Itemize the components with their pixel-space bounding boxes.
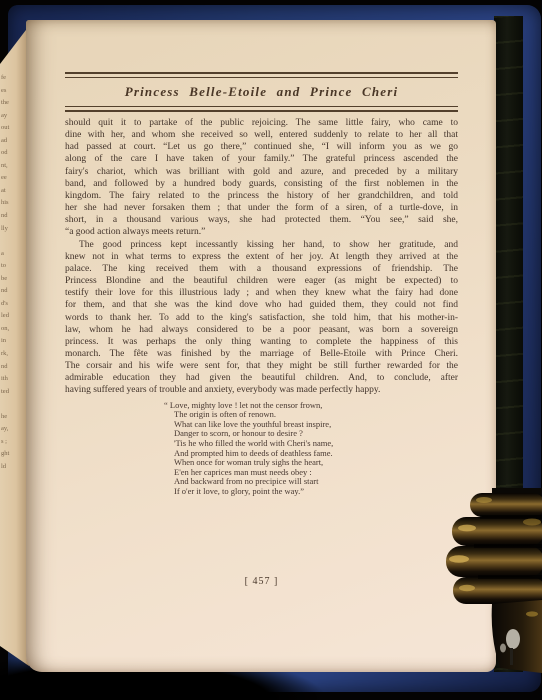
text-line: monarch. The fête was finished by the ma…	[65, 348, 458, 360]
previous-page-text-fragments: fe es the ay out ad od nt, ee at his nd …	[1, 72, 15, 592]
text-line: “a good action always meets return.”	[65, 226, 458, 238]
book-photograph: { "meta": { "description": "Photograph o…	[0, 0, 542, 700]
text-line: dine with her, and whom she received so …	[65, 129, 458, 141]
text-line: The good princess kept incessantly kissi…	[65, 239, 458, 251]
text-line: band, and followed by a hundred body gua…	[65, 178, 458, 190]
brass-hand-clip-icon	[440, 488, 542, 700]
text-line: having suffered years of trouble and anx…	[65, 384, 458, 396]
text-line: her she had never forsaken them ; that u…	[65, 202, 458, 214]
text-line: words to thank her. To add to the king's…	[65, 312, 458, 324]
text-line: for them, and that she was the kind dove…	[65, 299, 458, 311]
page-number: [ 457 ]	[65, 576, 458, 587]
text-line: admirable education they had given the b…	[65, 372, 458, 384]
text-line: testify their love for this illustrious …	[65, 287, 458, 299]
text-line: law, whom he had always considered to be…	[65, 324, 458, 336]
text-line: The corsair and his wife were sent for, …	[65, 360, 458, 372]
text-line: had passed at court. “Let us go there,” …	[65, 141, 458, 153]
text-line: knew not in what terms to express the ex…	[65, 251, 458, 263]
body-text: should quit it to partake of the public …	[65, 117, 458, 397]
paragraph-1: should quit it to partake of the public …	[65, 117, 458, 239]
header-rule-top	[65, 72, 458, 78]
text-line: kingdom. The fairy related to the prince…	[65, 190, 458, 202]
poem-line: If o'er it love, to glory, point the way…	[174, 487, 458, 497]
book-page: Princess Belle-Etoile and Prince Cheri s…	[26, 20, 496, 672]
text-line: princess. It was perhaps the only thing …	[65, 336, 458, 348]
page-title: Princess Belle-Etoile and Prince Cheri	[65, 82, 458, 102]
paragraph-2: The good princess kept incessantly kissi…	[65, 239, 458, 397]
text-column: Princess Belle-Etoile and Prince Cheri s…	[65, 72, 458, 497]
text-line: palace. The king received them with a th…	[65, 263, 458, 275]
text-line: along of the care I have taken of your f…	[65, 153, 458, 165]
closing-verse: “ Love, mighty love ! let not the censor…	[174, 401, 458, 497]
text-line: fairy's chariot, which was brilliant wit…	[65, 166, 458, 178]
text-line: should quit it to partake of the public …	[65, 117, 458, 129]
previous-page-edge: fe es the ay out ad od nt, ee at his nd …	[0, 24, 29, 674]
text-line: Princess Blondine and the beautiful chil…	[65, 275, 458, 287]
header-rule-bottom	[65, 106, 458, 112]
text-line: short, in a thousand various ways, she h…	[65, 214, 458, 226]
